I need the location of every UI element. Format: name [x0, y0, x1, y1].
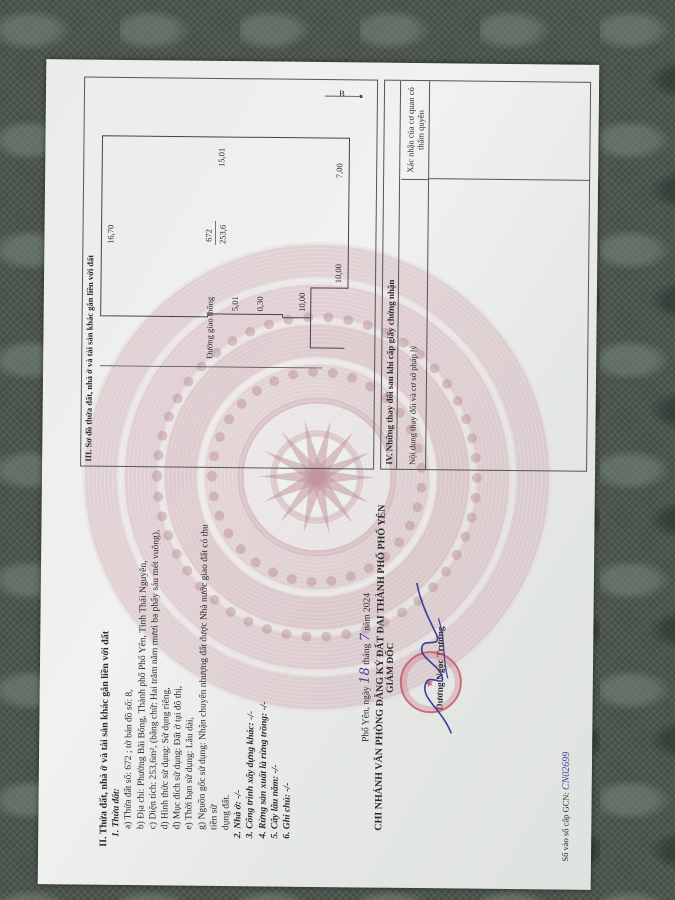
road-label: Đường giao thông: [204, 296, 215, 359]
certificate-paper: II. Thửa đất, nhà ở và tài sản khác gắn …: [38, 59, 600, 890]
item-notes: 6. Ghi chú: -/-: [281, 519, 297, 849]
issue-month: 7: [358, 633, 373, 641]
north-marker: B: [339, 88, 345, 98]
section-parcel-details: II. Thửa đất, nhà ở và tài sản khác gắn …: [98, 517, 297, 849]
parcel-diagram: B Đường giao thông 672 253,6 10,00 7,00 …: [81, 78, 377, 469]
certificate-photo: II. Thửa đất, nhà ở và tài sản khác gắn …: [38, 59, 600, 890]
parcel-number: 672: [203, 229, 213, 242]
issue-date: Phổ Yên, ngày 18 tháng 7 năm 2024: [356, 502, 374, 832]
dim-top-right: 7,00: [334, 163, 344, 178]
dim-left-lower: 5,01: [230, 296, 240, 311]
dim-jog: 0,30: [255, 296, 265, 311]
dim-right: 15,01: [216, 148, 226, 167]
section-parcel-diagram: B Đường giao thông 672 253,6 10,00 7,00 …: [80, 77, 378, 470]
issue-day: 18: [358, 667, 373, 684]
column-change-content: Nội dung thay đổi và cơ sở pháp lý: [398, 179, 429, 469]
certificate-page: II. Thửa đất, nhà ở và tài sản khác gắn …: [38, 59, 600, 890]
dim-top-left: 10,00: [333, 264, 343, 283]
column-authority-confirmation: Xác nhận của cơ quan có thẩm quyền: [401, 81, 430, 179]
registration-label: Số vào sổ cấp GCN:: [560, 792, 571, 862]
section-changes-table: IV. Những thay đổi sau khi cấp giấy chứn…: [380, 80, 591, 472]
signature-scribble: [411, 578, 459, 738]
registration-number: Số vào sổ cấp GCN: CN02699: [560, 752, 572, 862]
dim-bottom: 16,70: [105, 225, 115, 244]
registration-value: CN02699: [561, 752, 572, 790]
parcel-area: 253,6: [217, 225, 227, 244]
dim-left-upper: 10,00: [297, 293, 307, 312]
parcel-line: g) Nguồn gốc sử dụng: Nhận chuyển nhượng…: [196, 518, 224, 848]
